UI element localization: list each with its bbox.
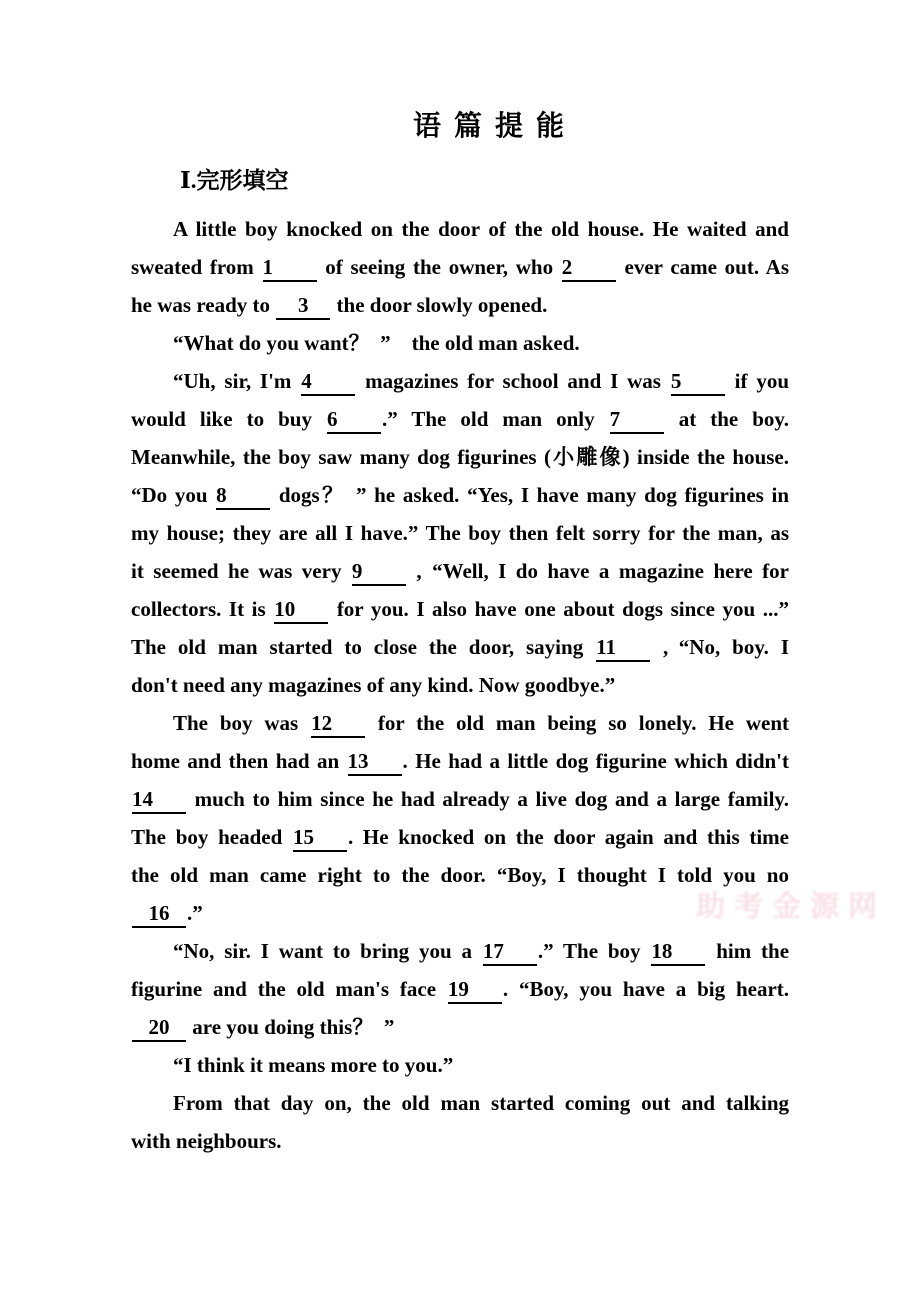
text-line: don't need any magazines of any kind. No…	[131, 666, 789, 704]
blank-20: 20	[132, 1015, 186, 1042]
text-line: A little boy knocked on the door of the …	[131, 210, 789, 248]
text-line: The boy was 12 for the old man being so …	[131, 704, 789, 742]
text-line: my house; they are all I have.” The boy …	[131, 514, 789, 552]
blank-1: 1	[263, 255, 317, 282]
passage: A little boy knocked on the door of the …	[131, 210, 789, 1160]
text-line: 20 are you doing this？ ”	[131, 1008, 789, 1046]
blank-8: 8	[216, 483, 270, 510]
text-line: The old man started to close the door, s…	[131, 628, 789, 666]
text-line: “Uh, sir, I'm 4 magazines for school and…	[131, 362, 789, 400]
text-line: would like to buy 6.” The old man only 7…	[131, 400, 789, 438]
blank-6: 6	[327, 407, 381, 434]
blank-7: 7	[610, 407, 664, 434]
text-line: home and then had an 13. He had a little…	[131, 742, 789, 780]
blank-12: 12	[311, 711, 365, 738]
text-line: “What do you want？ ” the old man asked.	[131, 324, 789, 362]
paragraph: A little boy knocked on the door of the …	[131, 210, 789, 324]
text-line: 14 much to him since he had already a li…	[131, 780, 789, 818]
blank-10: 10	[274, 597, 328, 624]
blank-15: 15	[293, 825, 347, 852]
text-line: “Do you 8 dogs？ ” he asked. “Yes, I have…	[131, 476, 789, 514]
paragraph: From that day on, the old man started co…	[131, 1084, 789, 1160]
paragraph: The boy was 12 for the old man being so …	[131, 704, 789, 932]
document-page: 语 篇 提 能 Ⅰ.完形填空 A little boy knocked on t…	[0, 0, 920, 1302]
blank-18: 18	[651, 939, 705, 966]
text-line: “No, sir. I want to bring you a 17.” The…	[131, 932, 789, 970]
text-line: Meanwhile, the boy saw many dog figurine…	[131, 438, 789, 476]
section-heading: Ⅰ.完形填空	[180, 169, 920, 193]
blank-16: 16	[132, 901, 186, 928]
text-line: figurine and the old man's face 19. “Boy…	[131, 970, 789, 1008]
blank-17: 17	[483, 939, 537, 966]
blank-2: 2	[562, 255, 616, 282]
paragraph: “No, sir. I want to bring you a 17.” The…	[131, 932, 789, 1046]
text-line: he was ready to 3 the door slowly opened…	[131, 286, 789, 324]
text-line: with neighbours.	[131, 1122, 789, 1160]
text-line: 16.”	[131, 894, 789, 932]
blank-5: 5	[671, 369, 725, 396]
page-title: 语 篇 提 能	[0, 0, 920, 142]
text-line: it seemed he was very 9 , “Well, I do ha…	[131, 552, 789, 590]
blank-3: 3	[276, 293, 330, 320]
blank-4: 4	[301, 369, 355, 396]
text-line: sweated from 1 of seeing the owner, who …	[131, 248, 789, 286]
blank-19: 19	[448, 977, 502, 1004]
blank-9: 9	[352, 559, 406, 586]
blank-13: 13	[348, 749, 402, 776]
paragraph: “What do you want？ ” the old man asked.	[131, 324, 789, 362]
text-line: the old man came right to the door. “Boy…	[131, 856, 789, 894]
blank-14: 14	[132, 787, 186, 814]
text-line: From that day on, the old man started co…	[131, 1084, 789, 1122]
paragraph: “I think it means more to you.”	[131, 1046, 789, 1084]
text-line: “I think it means more to you.”	[131, 1046, 789, 1084]
text-line: The boy headed 15. He knocked on the doo…	[131, 818, 789, 856]
text-line: collectors. It is 10 for you. I also hav…	[131, 590, 789, 628]
blank-11: 11	[596, 635, 650, 662]
paragraph: “Uh, sir, I'm 4 magazines for school and…	[131, 362, 789, 704]
